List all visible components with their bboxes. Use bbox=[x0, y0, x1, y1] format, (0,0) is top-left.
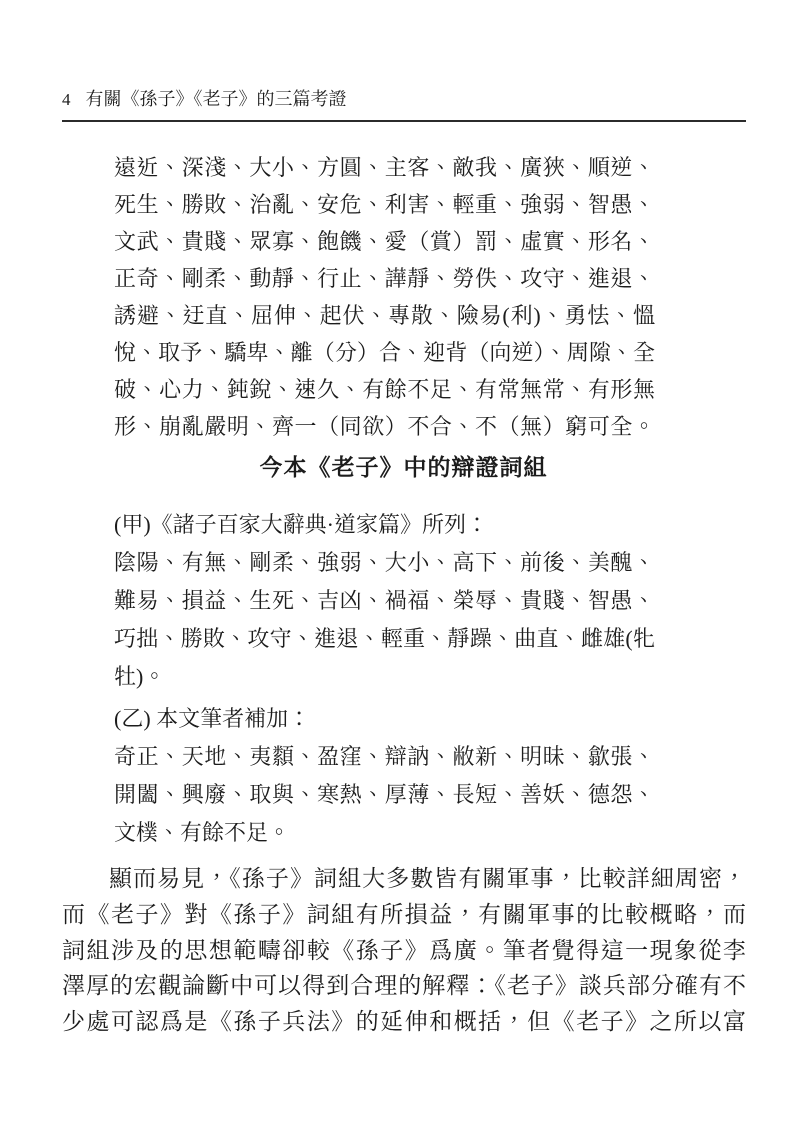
list-a-lines: 陰陽、有無、剛柔、強弱、大小、高下、前後、美醜、難易、損益、生死、吉凶、禍福、榮… bbox=[114, 544, 655, 696]
list-b-label: (乙) 本文筆者補加： bbox=[114, 700, 655, 738]
sunzi-word-list: 遠近、深淺、大小、方圓、主客、敵我、廣狹、順逆、死生、勝敗、治亂、安危、利害、輕… bbox=[114, 149, 655, 445]
book-page: 4有關《孫子》《老子》的三篇考證 遠近、深淺、大小、方圓、主客、敵我、廣狹、順逆… bbox=[0, 0, 807, 1122]
text-line: 澤厚的宏觀論斷中可以得到合理的解釋：《老子》談兵部分確有不 bbox=[62, 968, 746, 1004]
list-b-lines: 奇正、天地、夷纇、盈窪、辯訥、敝新、明昧、歙張、開闔、興廢、取與、寒熱、厚薄、長… bbox=[114, 738, 655, 852]
laozi-list-b: (乙) 本文筆者補加： 奇正、天地、夷纇、盈窪、辯訥、敝新、明昧、歙張、開闔、興… bbox=[114, 700, 655, 852]
text-line: 形、崩亂嚴明、齊一（同欲）不合、不（無）窮可全。 bbox=[114, 408, 655, 445]
text-line: 誘避、迂直、屈伸、起伏、專散、險易(利)、勇怯、慍 bbox=[114, 297, 655, 334]
laozi-list-a: (甲)《諸子百家大辭典·道家篇》所列： 陰陽、有無、剛柔、強弱、大小、高下、前後… bbox=[114, 506, 655, 696]
running-head-title: 有關《孫子》《老子》的三篇考證 bbox=[86, 89, 347, 109]
text-line: 奇正、天地、夷纇、盈窪、辯訥、敝新、明昧、歙張、 bbox=[114, 738, 655, 776]
list-a-label: (甲)《諸子百家大辭典·道家篇》所列： bbox=[114, 506, 655, 544]
text-line: 破、心力、鈍銳、速久、有餘不足、有常無常、有形無 bbox=[114, 371, 655, 408]
section-heading: 今本《老子》中的辯證詞組 bbox=[0, 452, 807, 482]
text-line: 遠近、深淺、大小、方圓、主客、敵我、廣狹、順逆、 bbox=[114, 149, 655, 186]
text-line: 巧拙、勝敗、攻守、進退、輕重、靜躁、曲直、雌雄(牝 bbox=[114, 620, 655, 658]
text-line: 陰陽、有無、剛柔、強弱、大小、高下、前後、美醜、 bbox=[114, 544, 655, 582]
text-line: 文武、貴賤、眾寡、飽饑、愛（賞）罰、虛實、形名、 bbox=[114, 223, 655, 260]
running-head: 4有關《孫子》《老子》的三篇考證 bbox=[62, 88, 746, 122]
text-line: 而《老子》對《孫子》詞組有所損益，有關軍事的比較概略，而 bbox=[62, 897, 746, 933]
page-number: 4 bbox=[62, 89, 71, 111]
closing-paragraph: 顯而易見，《孫子》詞組大多數皆有關軍事，比較詳細周密，而《老子》對《孫子》詞組有… bbox=[62, 861, 746, 1040]
text-line: 少處可認爲是《孫子兵法》的延伸和概括，但《老子》之所以富 bbox=[62, 1004, 746, 1040]
text-line: 悅、取予、驕卑、離（分）合、迎背（向逆）、周隙、全 bbox=[114, 334, 655, 371]
text-line: 牡)。 bbox=[114, 658, 655, 696]
text-line: 顯而易見，《孫子》詞組大多數皆有關軍事，比較詳細周密， bbox=[62, 861, 746, 897]
text-line: 開闔、興廢、取與、寒熱、厚薄、長短、善妖、德怨、 bbox=[114, 776, 655, 814]
text-line: 詞組涉及的思想範疇卻較《孫子》爲廣。筆者覺得這一現象從李 bbox=[62, 933, 746, 969]
text-line: 正奇、剛柔、動靜、行止、譁靜、勞佚、攻守、進退、 bbox=[114, 260, 655, 297]
text-line: 死生、勝敗、治亂、安危、利害、輕重、強弱、智愚、 bbox=[114, 186, 655, 223]
text-line: 文樸、有餘不足。 bbox=[114, 814, 655, 852]
text-line: 難易、損益、生死、吉凶、禍福、榮辱、貴賤、智愚、 bbox=[114, 582, 655, 620]
